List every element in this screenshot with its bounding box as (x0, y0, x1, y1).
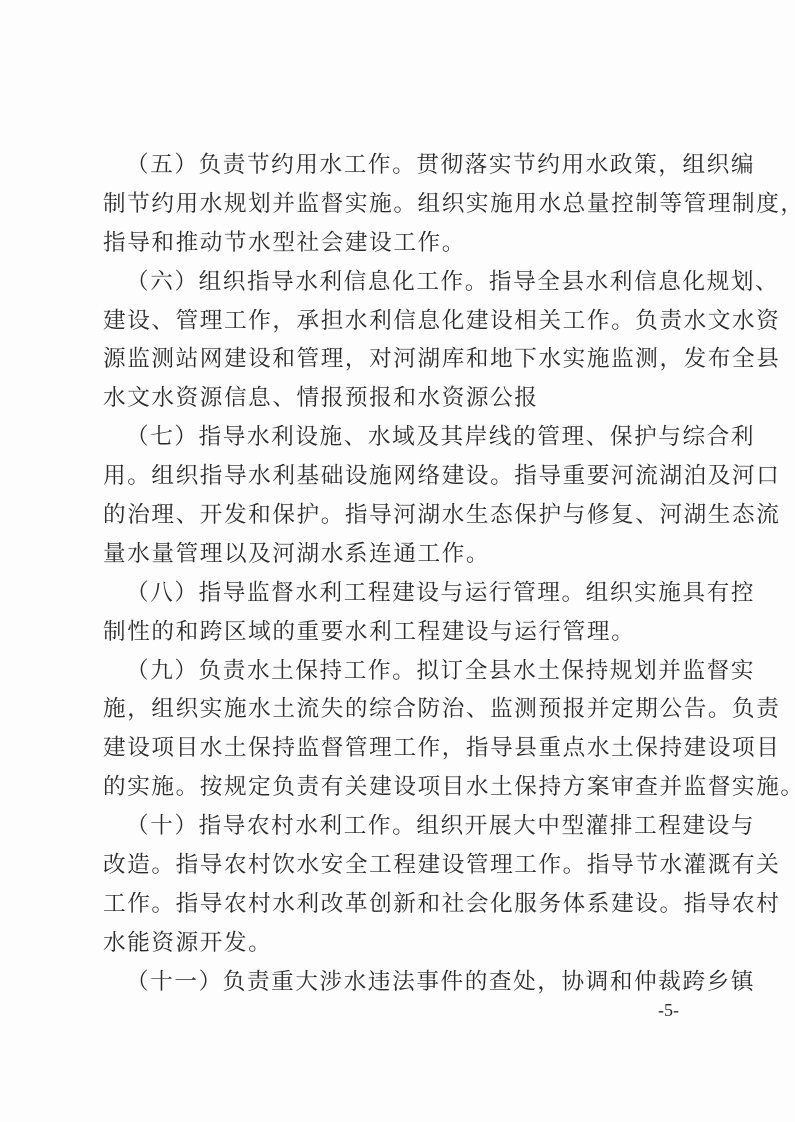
paragraph-item-10: （十）指导农村水利工作。组织开展大中型灌排工程建设与 改造。指导农村饮水安全工程… (103, 807, 699, 963)
text-line: 的治理、开发和保护。指导河湖水生态保护与修复、河湖生态流 (103, 496, 699, 535)
document-body: （五）负责节约用水工作。贯彻落实节约用水政策，组织编 制节约用水规划并监督实施。… (103, 146, 699, 1002)
document-page: （五）负责节约用水工作。贯彻落实节约用水政策，组织编 制节约用水规划并监督实施。… (0, 0, 795, 1122)
page-number: -5- (658, 1000, 679, 1021)
paragraph-item-8: （八）指导监督水利工程建设与运行管理。组织实施具有控 制性的和跨区域的重要水利工… (103, 574, 699, 652)
text-line: 工作。指导农村水利改革创新和社会化服务体系建设。指导农村 (103, 885, 699, 924)
text-line: （九）负责水土保持工作。拟订全县水土保持规划并监督实 (103, 652, 699, 691)
text-line: 施，组织实施水土流失的综合防治、监测预报并定期公告。负责 (103, 690, 699, 729)
text-line: 用。组织指导水利基础设施网络建设。指导重要河流湖泊及河口 (103, 457, 699, 496)
paragraph-item-11: （十一）负责重大涉水违法事件的查处，协调和仲裁跨乡镇 (103, 963, 699, 1002)
paragraph-item-9: （九）负责水土保持工作。拟订全县水土保持规划并监督实 施，组织实施水土流失的综合… (103, 652, 699, 808)
text-line: 水文水资源信息、情报预报和水资源公报 (103, 379, 699, 418)
text-line: （七）指导水利设施、水域及其岸线的管理、保护与综合利 (103, 418, 699, 457)
text-line: （十一）负责重大涉水违法事件的查处，协调和仲裁跨乡镇 (103, 963, 699, 1002)
text-line: （十）指导农村水利工作。组织开展大中型灌排工程建设与 (103, 807, 699, 846)
text-line: 量水量管理以及河湖水系连通工作。 (103, 535, 699, 574)
text-line: 制性的和跨区域的重要水利工程建设与运行管理。 (103, 613, 699, 652)
text-line: 指导和推动节水型社会建设工作。 (103, 224, 699, 263)
text-line: 源监测站网建设和管理，对河湖库和地下水实施监测，发布全县 (103, 340, 699, 379)
paragraph-item-6: （六）组织指导水利信息化工作。指导全县水利信息化规划、 建设、管理工作，承担水利… (103, 263, 699, 419)
text-line: 制节约用水规划并监督实施。组织实施用水总量控制等管理制度， (103, 185, 699, 224)
text-line: 建设、管理工作，承担水利信息化建设相关工作。负责水文水资 (103, 302, 699, 341)
text-line: 建设项目水土保持监督管理工作，指导县重点水土保持建设项目 (103, 729, 699, 768)
text-line: （八）指导监督水利工程建设与运行管理。组织实施具有控 (103, 574, 699, 613)
text-line: （五）负责节约用水工作。贯彻落实节约用水政策，组织编 (103, 146, 699, 185)
text-line: 水能资源开发。 (103, 924, 699, 963)
paragraph-item-5: （五）负责节约用水工作。贯彻落实节约用水政策，组织编 制节约用水规划并监督实施。… (103, 146, 699, 263)
text-line: 改造。指导农村饮水安全工程建设管理工作。指导节水灌溉有关 (103, 846, 699, 885)
text-line: （六）组织指导水利信息化工作。指导全县水利信息化规划、 (103, 263, 699, 302)
paragraph-item-7: （七）指导水利设施、水域及其岸线的管理、保护与综合利 用。组织指导水利基础设施网… (103, 418, 699, 574)
text-line: 的实施。按规定负责有关建设项目水土保持方案审查并监督实施。 (103, 768, 699, 807)
